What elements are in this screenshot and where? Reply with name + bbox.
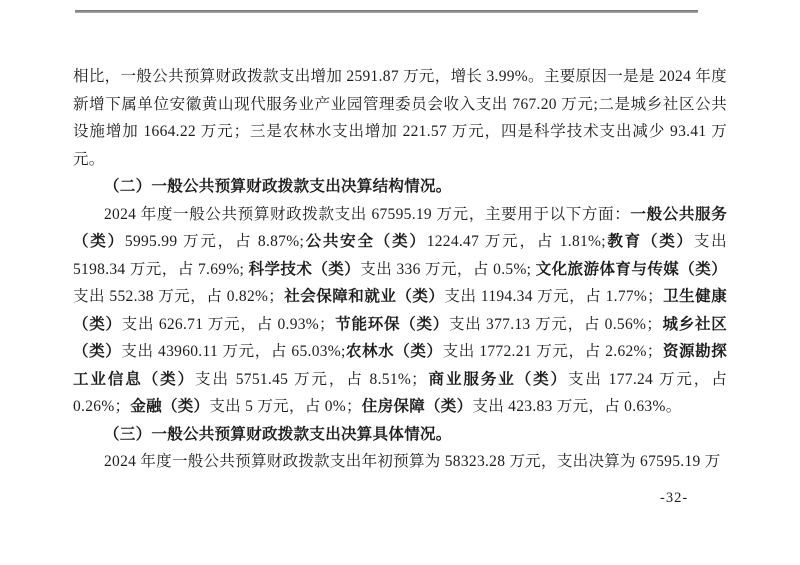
bold-text-run: 公共安全（类）: [304, 233, 427, 250]
bold-text-run: 节能环保（类）: [335, 316, 449, 333]
bold-text-run: 社会保障和就业（类）: [284, 288, 444, 305]
bold-text-run: 金融（类）: [130, 398, 209, 415]
text-run: 支出 5 万元，占 0%；: [209, 398, 361, 415]
body-paragraph: 2024 年度一般公共预算财政拨款支出 67595.19 万元，主要用于以下方面…: [73, 201, 727, 421]
section-heading: （二）一般公共预算财政拨款支出决算结构情况。: [73, 173, 727, 201]
text-run: 2024 年度一般公共预算财政拨款支出 67595.19 万元，主要用于以下方面…: [104, 206, 630, 223]
text-run: 支出 336 万元，占 0.5%;: [360, 261, 535, 278]
document-page: 相比，一般公共预算财政拨款支出增加 2591.87 万元，增长 3.99%。主要…: [0, 0, 800, 565]
text-run: 1224.47 万元，占 1.81%;: [427, 233, 606, 250]
text-run: 支出 423.83 万元，占 0.63%。: [472, 398, 681, 415]
text-run: 支出 5751.45 万元，占 8.51%；: [195, 371, 427, 388]
text-run: 2024 年度一般公共预算财政拨款支出年初预算为 58323.28 万元，支出决…: [104, 453, 721, 470]
page-number: -32-: [660, 490, 688, 507]
bold-text-run: 科学技术（类）: [248, 261, 360, 278]
bold-text-run: 商业服务业（类）: [427, 371, 568, 388]
bold-text-run: 教育（类）: [606, 233, 694, 250]
body-paragraph: 2024 年度一般公共预算财政拨款支出年初预算为 58323.28 万元，支出决…: [73, 448, 727, 476]
bold-text-run: 文化旅游体育与传媒（类）: [536, 261, 727, 278]
text-run: 5995.99 万元，占 8.87%;: [125, 233, 304, 250]
document-body: 相比，一般公共预算财政拨款支出增加 2591.87 万元，增长 3.99%。主要…: [73, 63, 727, 476]
body-paragraph: 相比，一般公共预算财政拨款支出增加 2591.87 万元，增长 3.99%。主要…: [73, 63, 727, 173]
text-run: 支出 626.71 万元，占 0.93%；: [122, 316, 335, 333]
text-run: 支出 377.13 万元，占 0.56%；: [449, 316, 662, 333]
text-run: 支出 552.38 万元，占 0.82%；: [73, 288, 284, 305]
header-rule: [75, 10, 698, 13]
bold-text-run: （二）一般公共预算财政拨款支出决算结构情况。: [104, 178, 452, 195]
bold-text-run: 住房保障（类）: [362, 398, 473, 415]
section-heading: （三）一般公共预算财政拨款支出决算具体情况。: [73, 421, 727, 449]
bold-text-run: 农林水（类）: [346, 343, 443, 360]
text-run: 支出 1772.21 万元，占 2.62%；: [443, 343, 663, 360]
text-run: 支出 1194.34 万元，占 1.77%；: [444, 288, 663, 305]
text-run: 支出 43960.11 万元，占 65.03%;: [121, 343, 345, 360]
bold-text-run: （三）一般公共预算财政拨款支出决算具体情况。: [104, 426, 452, 443]
text-run: 相比，一般公共预算财政拨款支出增加 2591.87 万元，增长 3.99%。主要…: [73, 68, 727, 168]
